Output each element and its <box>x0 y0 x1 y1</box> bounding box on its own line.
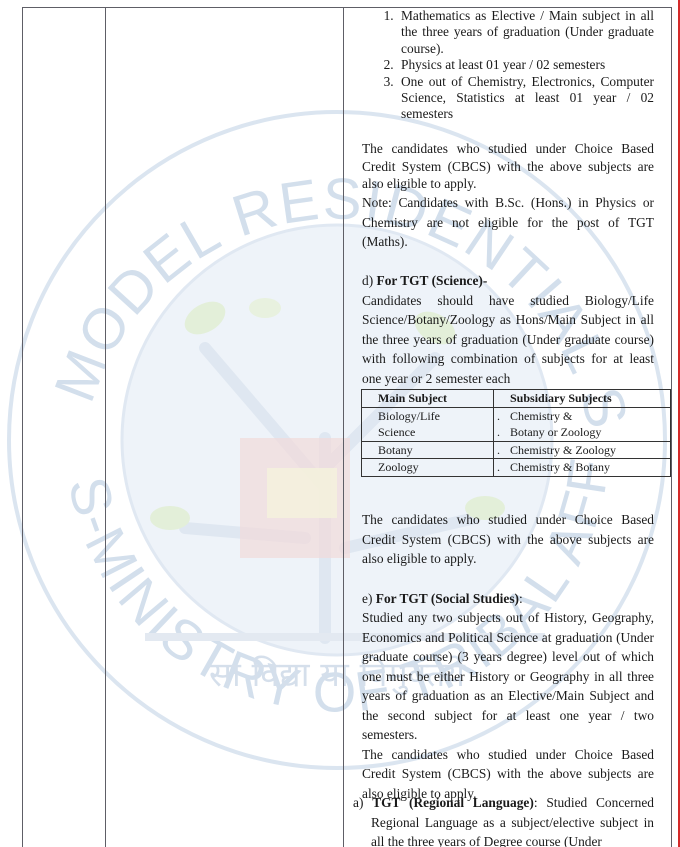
regional-language-item: a) TGT (Regional Language): Studied Conc… <box>353 793 654 847</box>
main-subject-cell: Zoology <box>362 459 494 477</box>
column-divider-1 <box>105 7 106 847</box>
science-prefix: d) <box>362 273 373 288</box>
maths-requirement: One out of Chemistry, Electronics, Compu… <box>397 74 654 123</box>
maths-requirement: Mathematics as Elective / Main subject i… <box>397 8 654 57</box>
bullet: . <box>497 459 510 476</box>
maths-requirements-list: Mathematics as Elective / Main subject i… <box>362 8 654 123</box>
bullet: . <box>497 408 510 425</box>
main-subject-cell: Botany <box>362 441 494 459</box>
science-cbcs-note: The candidates who studied under Choice … <box>362 510 654 569</box>
main-subject-cell: Biology/Life Science <box>362 407 494 441</box>
table-right-border <box>671 7 672 847</box>
main-subject-line: Science <box>378 424 493 441</box>
subsidiary-cell: .Chemistry & Botany <box>494 459 671 477</box>
table-row: Botany .Chemistry & Zoology <box>362 441 671 459</box>
regional-language-title: TGT (Regional Language) <box>372 795 534 810</box>
subsidiary-line: Chemistry & Botany <box>510 460 610 474</box>
column-divider-2 <box>343 7 344 847</box>
social-studies-prefix: e) <box>362 591 372 606</box>
social-studies-title: For TGT (Social Studies) <box>376 591 519 606</box>
qualification-text-upper: Mathematics as Elective / Main subject i… <box>362 0 654 389</box>
main-subject-line: Biology/Life <box>378 408 493 425</box>
qualification-text-lower: The candidates who studied under Choice … <box>362 510 654 803</box>
social-studies-heading: e) For TGT (Social Studies): <box>362 589 654 609</box>
bullet: . <box>497 424 510 441</box>
subsidiary-line: Chemistry & <box>510 409 572 423</box>
subsidiary-cell: .Chemistry & Zoology <box>494 441 671 459</box>
table-row: Zoology .Chemistry & Botany <box>362 459 671 477</box>
table-row: Biology/Life Science .Chemistry & .Botan… <box>362 407 671 441</box>
header-subsidiary-subjects: Subsidiary Subjects <box>494 390 671 408</box>
science-subject-table: Main Subject Subsidiary Subjects Biology… <box>361 389 671 477</box>
social-studies-description: Studied any two subjects out of History,… <box>362 608 654 745</box>
heading-colon: : <box>519 591 523 606</box>
science-title: For TGT (Science)- <box>377 273 488 288</box>
subsidiary-cell: .Chemistry & .Botany or Zoology <box>494 407 671 441</box>
bullet: . <box>497 442 510 459</box>
regional-language-prefix: a) <box>353 795 363 810</box>
table-left-border <box>22 7 23 847</box>
science-heading: d) For TGT (Science)- <box>362 271 654 291</box>
subsidiary-line: Botany or Zoology <box>510 425 601 439</box>
maths-cbcs-note: The candidates who studied under Choice … <box>362 140 654 193</box>
maths-hons-note: Note: Candidates with B.Sc. (Hons.) in P… <box>362 193 654 252</box>
header-main-subject: Main Subject <box>362 390 494 408</box>
maths-requirement: Physics at least 01 year / 02 semesters <box>397 57 654 73</box>
science-description: Candidates should have studied Biology/L… <box>362 291 654 389</box>
table-header-row: Main Subject Subsidiary Subjects <box>362 390 671 408</box>
subsidiary-line: Chemistry & Zoology <box>510 443 616 457</box>
